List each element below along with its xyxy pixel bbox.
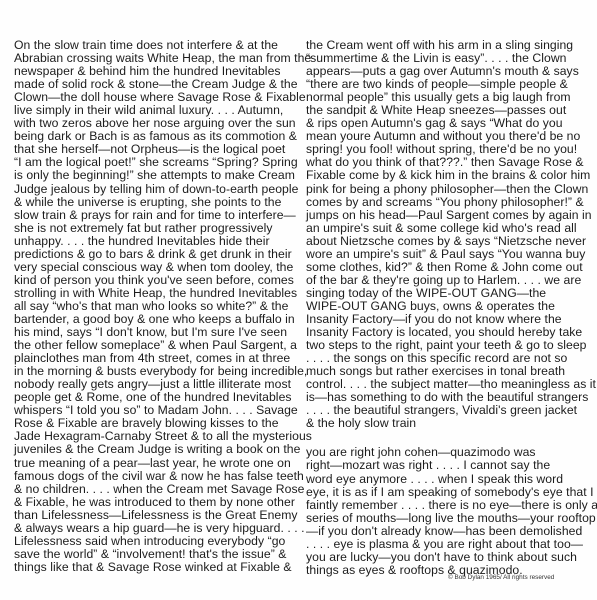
text-line: pink for being a phony philosopher—then … [306, 183, 590, 196]
text-line: she is not extremely fat but rather prog… [14, 222, 298, 235]
text-line: juveniles & the Cream Judge is writing a… [14, 443, 298, 456]
text-line: faintly remember . . . . there is no eye… [306, 499, 590, 512]
text-line: of the bar & they're going up to Harlem.… [306, 274, 590, 287]
text-line: & Fixable, he was introduced to them by … [14, 496, 298, 509]
text-line: Lifelessness said when introducing every… [14, 535, 298, 548]
text-line: & the holy slow train [306, 417, 590, 430]
text-line: some clothes, kid?” & then Rome & John c… [306, 261, 590, 274]
text-line: & no children. . . . when the Cream met … [14, 483, 298, 496]
text-line: Fixable come by & kick him in the brains… [306, 169, 590, 182]
left-column: On the slow train time does not interfer… [14, 39, 298, 574]
text-line: & always wears a hip guard—he is very hi… [14, 522, 298, 535]
text-line: kind of person you think you've seen bef… [14, 274, 298, 287]
text-line: is only the beginning!” she attempts to … [14, 169, 298, 182]
text-line: unhappy. . . . the hundred Inevitables h… [14, 235, 298, 248]
text-line: about Nietzsche comes by & says “Nietzsc… [306, 235, 590, 248]
text-line: —if you don't already know—has been demo… [306, 525, 590, 538]
text-line: word eye anymore . . . . when I speak th… [306, 473, 590, 486]
right-column: the Cream went off with his arm in a sli… [306, 39, 590, 577]
text-line: jumps on his head—Paul Sargent comes by … [306, 209, 590, 222]
text-line: strolling in with White Heap, the hundre… [14, 287, 298, 300]
text-line: wore an umpire's suit” & Paul says “You … [306, 248, 590, 261]
right-paragraph-1: the Cream went off with his arm in a sli… [306, 39, 590, 430]
text-line: famous dogs of the civil war & now he ha… [14, 470, 298, 483]
text-line: series of mouths—long live the mouths—yo… [306, 512, 590, 525]
text-line: slow train & prays for rain and for time… [14, 209, 298, 222]
liner-notes-page: On the slow train time does not interfer… [0, 0, 597, 600]
text-line: true meaning of a pear—last year, he wro… [14, 457, 298, 470]
text-line: right—mozart was right . . . . I cannot … [306, 459, 590, 472]
text-line: you are lucky—you don't have to think ab… [306, 551, 590, 564]
text-line: & while the universe is erupting, she po… [14, 196, 298, 209]
paragraph-gap [306, 430, 590, 446]
text-line: than Lifelessness—Lifelessness is the Gr… [14, 509, 298, 522]
text-line: very special conscious way & when tom do… [14, 261, 298, 274]
text-line: . . . . eye is plasma & you are right ab… [306, 538, 590, 551]
text-line: comes by and screams “You phony philosop… [306, 196, 590, 209]
text-line: singing today of the WIPE-OUT GANG—the [306, 287, 590, 300]
text-line: things like that & Savage Rose winked at… [14, 561, 298, 574]
text-line: save the world” & “involvement! that's t… [14, 548, 298, 561]
right-paragraph-2: you are right john cohen—quazimodo wasri… [306, 446, 590, 576]
copyright-notice: © Bob Dylan 1965/ All rights reserved [448, 574, 554, 582]
text-line: eye, it is as if I am speaking of somebo… [306, 486, 590, 499]
text-line: Judge jealous by telling him of down-to-… [14, 183, 298, 196]
text-line: an umpire's suit & some college kid who'… [306, 222, 590, 235]
text-line: predictions & go to bars & drink & get d… [14, 248, 298, 261]
